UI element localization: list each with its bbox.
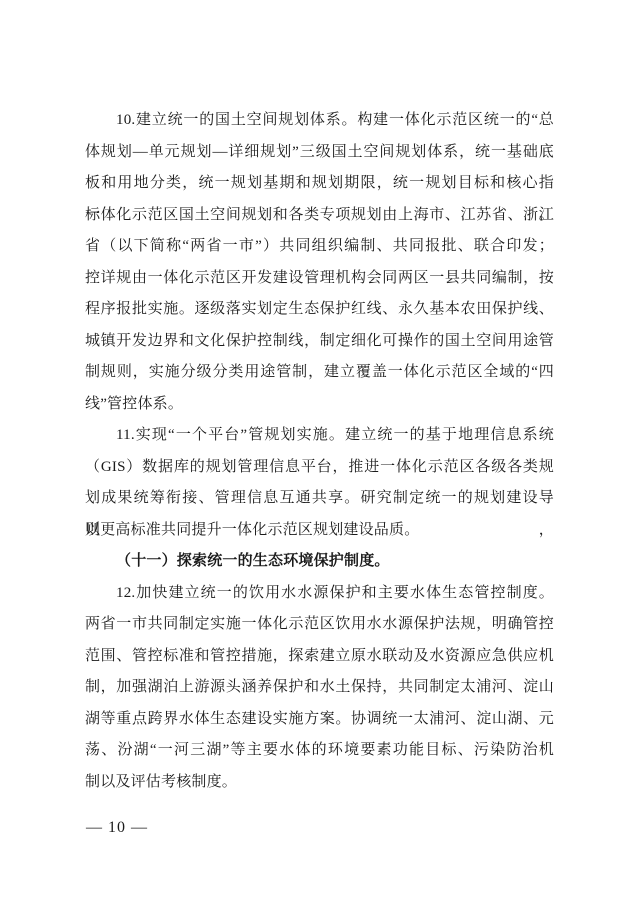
paragraph-10-line-5: 省（以下简称“两省一市”）共同组织编制、共同报批、联合印发； <box>85 231 554 263</box>
paragraph-10-line-4: 一体化示范区国土空间规划和各类专项规划由上海市、江苏省、浙江 <box>85 200 554 232</box>
paragraph-10-line-8: 城镇开发边界和文化保护控制线，制定细化可操作的国土空间用途管 <box>85 326 554 358</box>
paragraph-10-line-1: 10.建立统一的国土空间规划体系。构建一体化示范区统一的“总 <box>85 105 554 137</box>
paragraph-10-line-6: 控详规由一体化示范区开发建设管理机构会同两区一县共同编制，按 <box>85 263 554 295</box>
document-content: 10.建立统一的国土空间规划体系。构建一体化示范区统一的“总体规划—单元规划—详… <box>85 105 554 798</box>
section-heading-11: （十一）探索统一的生态环境保护制度。 <box>85 546 554 578</box>
paragraph-10: 10.建立统一的国土空间规划体系。构建一体化示范区统一的“总体规划—单元规划—详… <box>85 105 554 420</box>
section-heading-11-line-1: （十一）探索统一的生态环境保护制度。 <box>85 546 554 578</box>
page-number: — 10 — <box>86 818 148 838</box>
paragraph-10-line-7: 程序报批实施。逐级落实划定生态保护红线、永久基本农田保护线、 <box>85 294 554 326</box>
paragraph-12: 12.加快建立统一的饮用水水源保护和主要水体生态管控制度。两省一市共同制定实施一… <box>85 578 554 799</box>
paragraph-10-line-2: 体规划—单元规划—详细规划”三级国土空间规划体系，统一基础底 <box>85 137 554 169</box>
paragraph-12-line-5: 湖等重点跨界水体生态建设实施方案。协调统一太浦河、淀山湖、元 <box>85 704 554 736</box>
document-page: { "colors": { "text": "#1a1a1a", "backgr… <box>0 0 640 905</box>
paragraph-12-line-3: 范围、管控标准和管控措施，探索建立原水联动及水资源应急供应机 <box>85 641 554 673</box>
paragraph-11-line-1: 11.实现“一个平台”管规划实施。建立统一的基于地理信息系统 <box>85 420 554 452</box>
paragraph-11: 11.实现“一个平台”管规划实施。建立统一的基于地理信息系统（GIS）数据库的规… <box>85 420 554 546</box>
paragraph-12-line-2: 两省一市共同制定实施一体化示范区饮用水水源保护法规，明确管控 <box>85 609 554 641</box>
paragraph-10-line-3: 板和用地分类，统一规划基期和规划期限，统一规划目标和核心指标。 <box>85 168 554 200</box>
paragraph-11-line-2: （GIS）数据库的规划管理信息平台，推进一体化示范区各级各类规 <box>85 452 554 484</box>
paragraph-11-line-3: 划成果统筹衔接、管理信息互通共享。研究制定统一的规划建设导则， <box>85 483 554 515</box>
page-background: 10.建立统一的国土空间规划体系。构建一体化示范区统一的“总体规划—单元规划—详… <box>0 0 640 905</box>
paragraph-10-line-10: 线”管控体系。 <box>85 389 554 421</box>
paragraph-12-line-7: 制以及评估考核制度。 <box>85 767 554 799</box>
paragraph-12-line-1: 12.加快建立统一的饮用水水源保护和主要水体生态管控制度。 <box>85 578 554 610</box>
paragraph-10-line-9: 制规则，实施分级分类用途管制，建立覆盖一体化示范区全域的“四 <box>85 357 554 389</box>
paragraph-12-line-6: 荡、汾湖“一河三湖”等主要水体的环境要素功能目标、污染防治机 <box>85 735 554 767</box>
paragraph-12-line-4: 制，加强湖泊上游源头涵养保护和水土保持，共同制定太浦河、淀山 <box>85 672 554 704</box>
